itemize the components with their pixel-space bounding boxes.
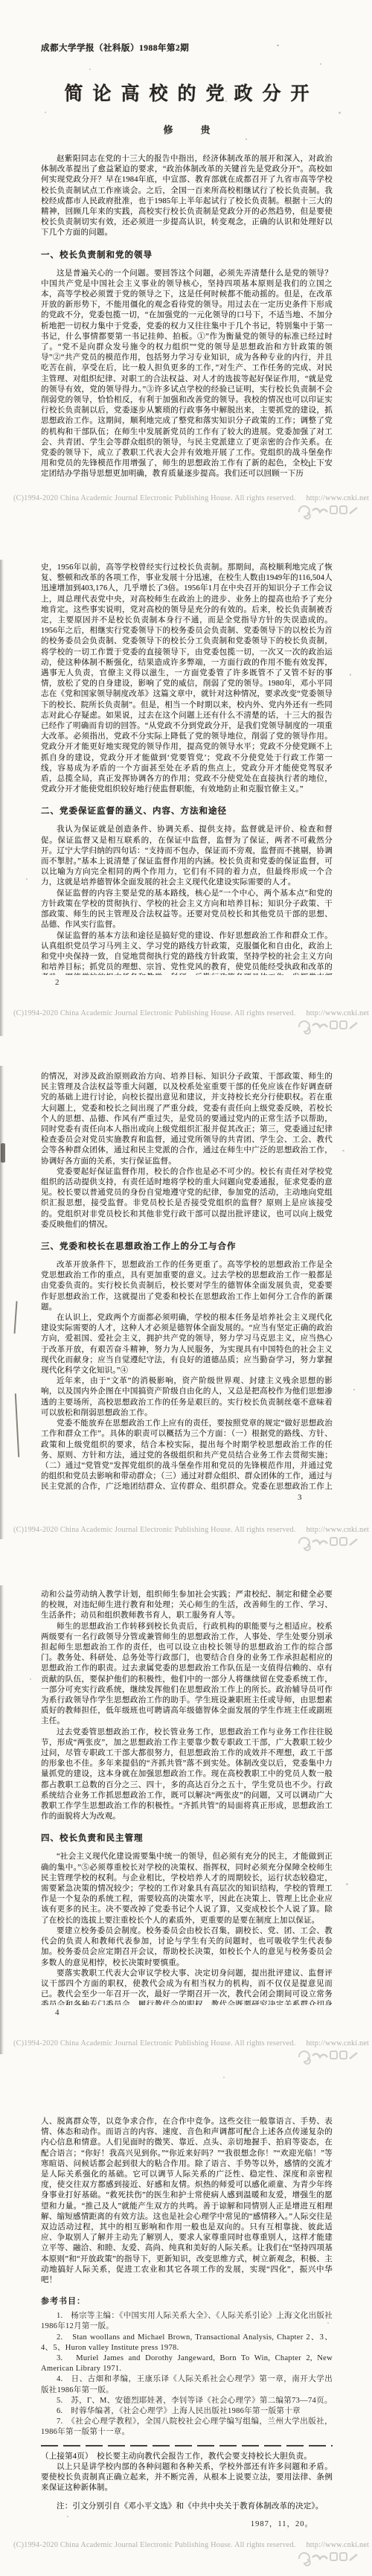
- cnki-stamp-watermark: [295, 1532, 360, 1555]
- article-divider: [41, 2445, 333, 2446]
- spine-shadow: [0, 1585, 4, 2054]
- page-number: 3: [298, 1493, 302, 1502]
- spine-shadow: [0, 560, 4, 1036]
- paragraph: 近年来，由于“文革”的消极影响，资产阶级世界观、封建主义残余思想的影响，以及国内…: [41, 1376, 333, 1419]
- paragraph-continuation: 动和公益劳动纳入教学计划，组织师生参加社会实践；严肃校纪、制定和健全必要的校规，…: [41, 1590, 333, 1622]
- page-4: 动和公益劳动纳入教学计划，组织师生参加社会实践；严肃校纪、制定和健全必要的校规，…: [41, 1590, 333, 2005]
- paragraph: 以上只是讲学校内部的各种问题和各种关系，学校外部还有许多问题和矛盾。要使校长负责…: [41, 2462, 333, 2494]
- cnki-stamp-watermark: [295, 1015, 360, 1038]
- page-number: 4: [55, 2008, 60, 2017]
- paragraph: 这是普遍关心的一个问题。要回答这个问题，必须先弄清楚什么是党的领导？中国共产党是…: [41, 269, 333, 478]
- section-heading-3: 三、党委和校长在思想政治工作上的分工与合作: [41, 1240, 333, 1252]
- paragraph-continuation: 的情况，对涉及政治原则政治方向、培养目标、知识分子政策、干部政策、师生的民主管理…: [41, 1072, 333, 1167]
- reference-item: 2. Stan woollans and Michael Brown, Tran…: [41, 2333, 333, 2353]
- reference-item: 5. 苏，Г、М、安德烈耶娃著，李钊等译《社会心理学》第二编第73—74页。: [41, 2396, 333, 2406]
- copyright-text: (C)1994-2020 China Academic Journal Elec…: [13, 1009, 295, 1017]
- copyright-text: (C)1994-2020 China Academic Journal Elec…: [13, 1526, 295, 1534]
- paragraph-intro: 赵紫阳同志在党的十三大的报告中指出，经济体制改革的展开和深入，对政治体制改革提出…: [41, 154, 333, 239]
- margin-annotation-mark: [13, 1301, 17, 1334]
- page-5: 人、脱离群众等，以竞争求合作，在合作中竞争。这些交往一般靠语言、手势、表情、体态…: [41, 2117, 333, 2531]
- page-3: 的情况，对涉及政治原则政治方向、培养目标、知识分子政策、干部政策、师生的民主管理…: [41, 1072, 333, 1492]
- spine-shadow: [0, 1066, 4, 1539]
- cnki-stamp-watermark: [295, 2547, 360, 2570]
- reference-item: 7. 《社会心理学教程》，全国八院校社会心理学编写组编，兰州大学出版社，1986…: [41, 2417, 333, 2438]
- cnki-stamp-watermark: [295, 2045, 360, 2068]
- page-2: 史，1956年以前，高等学校曾经实行过校长负责制。那期间，高校顺利地完成了恢复、…: [41, 563, 333, 975]
- scan-artifact: [1, 1143, 5, 1163]
- paragraph: 保证监督的基本方法和途径是搞好党的建设、作好思想政治工作和群众工作。认真组织党员…: [41, 931, 333, 976]
- paragraph: “社会主义现代化建设需要集中统一的领导，但必须有充分的民主，才能做到正确的集中。…: [41, 1852, 333, 1925]
- paragraph-continuation: 史，1956年以前，高等学校曾经实行过校长负责制。那期间，高校顺利地完成了恢复、…: [41, 563, 333, 795]
- copyright-text: (C)1994-2020 China Academic Journal Elec…: [13, 2039, 295, 2048]
- margin-annotation-mark: [15, 1393, 19, 1457]
- paragraph: 要建立校务委员会制度。校务委员会由校长召集，副校长、党、团、工会、教代会的负责人…: [41, 1926, 333, 1969]
- paragraph: 改革开放条件下，思想政治工作的任务更重了。高等学校的思想政治工作是全党思想政治工…: [41, 1260, 333, 1313]
- paragraph: 过去党委管思想政治工作，校长管业务工作，思想政治工作与业务工作往往脱节，形成“两…: [41, 1728, 333, 1823]
- paragraph: 党委不能放弃在思想政治工作上应有的责任，要按照党章的规定“做好思想政治工作和群众…: [41, 1419, 333, 1492]
- paragraph: 保证监督的内容主要是党的基本路线，核心是“一个中心，两个基本点”和党的方针政策在…: [41, 889, 333, 931]
- page-number: 1: [307, 460, 312, 469]
- manuscript-date: 1987，11，20。: [41, 2518, 333, 2529]
- article-author: 修 贵: [41, 122, 333, 136]
- paragraph: 党委要起好保证监督作用，校长的合作也是必不可少的。校长有责任对学校党组织的活动提…: [41, 1167, 333, 1230]
- paragraph: 我认为保证就是创造条件、协调关系、提供支持。监督就是评价、检查和督促。保证监督又…: [41, 825, 333, 888]
- paragraph: 师生的思想政治工作转移到校长负责后，行政机构的职能要与之相适应。校系两级要有一名…: [41, 1622, 333, 1728]
- reference-item: 4. 日、古畑和孝编，王康乐译《人际关系社会心理学》第一章，南开大学出版社198…: [41, 2374, 333, 2395]
- journal-header: 成都大学学报（社科版）1988年第2期: [41, 42, 333, 54]
- section-heading-1: 一、校长负责制和党的领导: [41, 249, 333, 261]
- article-title: 简论高校的党政分开: [41, 79, 333, 106]
- footnote-line: 注：引文分别引自《邓小平文选》和《中共中央关于教育体制改革的决定》。: [41, 2502, 333, 2512]
- cnki-stamp-watermark: [295, 500, 360, 523]
- references-heading: 参考书目：: [41, 2295, 333, 2307]
- continued-from-page-4: （上接第4页） 校长要主动向教代会报告工作，教代会要支持校长大胆负责。: [41, 2452, 333, 2462]
- copyright-text: (C)1994-2020 China Academic Journal Elec…: [13, 2541, 295, 2549]
- page-number: 2: [55, 978, 60, 987]
- copyright-text: (C)1994-2020 China Academic Journal Elec…: [13, 494, 295, 502]
- reference-item: 6. 时蓉华编著，《社会心理学》上海人民出版社1986年第一版第十章: [41, 2406, 333, 2417]
- section-heading-2: 二、党委保证监督的涵义、内容、方法和途径: [41, 805, 333, 816]
- scanned-document: 成都大学学报（社科版）1988年第2期 简论高校的党政分开 修 贵 赵紫阳同志在…: [0, 0, 372, 2576]
- paragraph: 在认识上，党政两个方面都必须明确，学校的根本任务是培养社会主义现代化建设实际需要…: [41, 1313, 333, 1376]
- reference-item: 3. Muriel James and Dorothy Jangeward, B…: [41, 2353, 333, 2374]
- paragraph-with-turn-note: 要落实教职工代表大会审议学校大事、决定切身问题，提出批评建议、监督评议干部四个方…: [41, 1969, 333, 2005]
- section-heading-4: 四、校长负责和民主管理: [41, 1832, 333, 1844]
- paragraph-continuation: 人、脱离群众等，以竞争求合作，在合作中竞争。这些交往一般靠语言、手势、表情、体态…: [41, 2117, 333, 2286]
- reference-item: 1. 杨宗等主编：《中国实用人际关系大全》、《人际关系引论》上海文化出版社198…: [41, 2311, 333, 2332]
- page-1: 成都大学学报（社科版）1988年第2期 简论高校的党政分开 修 贵 赵紫阳同志在…: [41, 42, 333, 478]
